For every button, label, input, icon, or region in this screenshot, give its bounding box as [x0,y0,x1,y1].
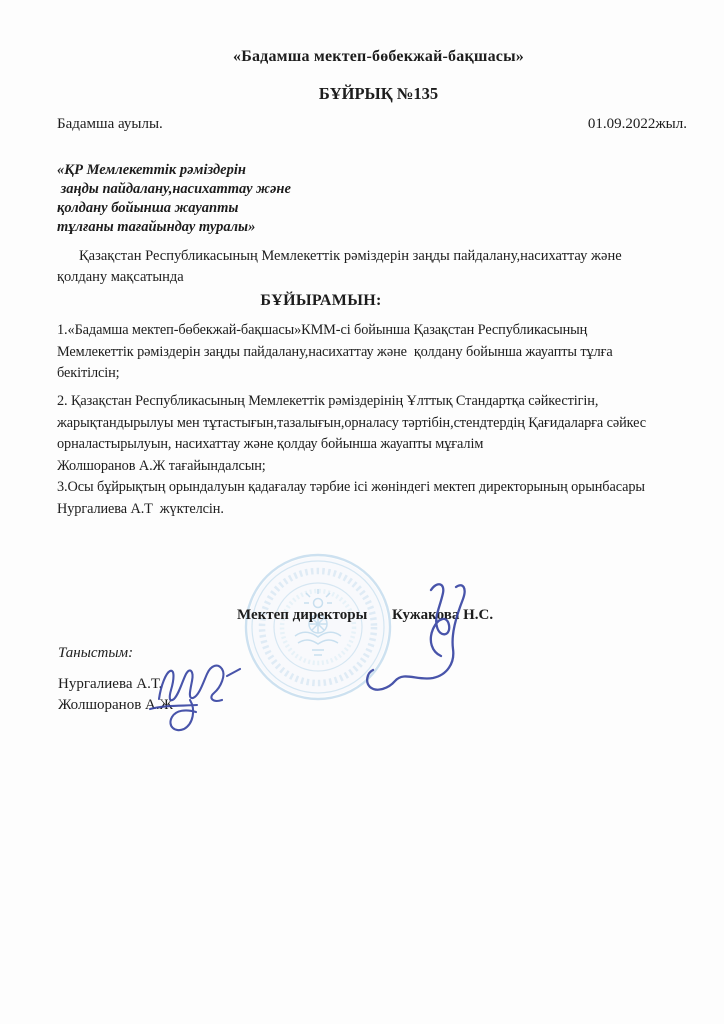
director-name: Кужакова Н.С. [392,607,493,624]
seal-icon [246,555,390,699]
subject-block: «ҚР Мемлекеттік рәміздерін заңды пайдала… [57,161,387,237]
acquainted-label: Таныстым: [58,645,133,662]
subject-line: заңды пайдалану,насихаттау және [57,180,387,199]
order-title: БҰЙРЫҚ №135 [33,84,724,104]
page: «Бадамша мектеп-бөбекжай-бақшасы» БҰЙРЫҚ… [0,0,724,1024]
preamble: Қазақстан Республикасының Мемлекеттік рә… [57,246,657,288]
director-signature-icon [367,584,464,689]
subject-line: қолдану бойынша жауапты [57,199,387,218]
acquainted-name-1: Нургалиева А.Т. [58,676,162,693]
order-item-1: 1.«Бадамша мектеп-бөбекжай-бақшасы»КММ-с… [57,320,702,385]
order-item-2: 2. Қазақстан Республикасының Мемлекеттік… [57,391,702,478]
acquainted-name-2: Жолшоранов А.Ж [58,697,173,714]
place-label: Бадамша ауылы. [57,116,163,133]
date-label: 01.09.2022жыл. [588,116,687,133]
org-name: «Бадамша мектеп-бөбекжай-бақшасы» [33,48,724,66]
subject-line: тұлғаны тағайындау туралы» [57,218,387,237]
resolution-heading: БҰЙЫРАМЫН: [0,292,642,310]
order-item-3: 3.Осы бұйрықтың орындалуын қадағалау тәр… [57,477,702,520]
director-role: Мектеп директоры [237,607,367,624]
subject-line: «ҚР Мемлекеттік рәміздерін [57,161,387,180]
